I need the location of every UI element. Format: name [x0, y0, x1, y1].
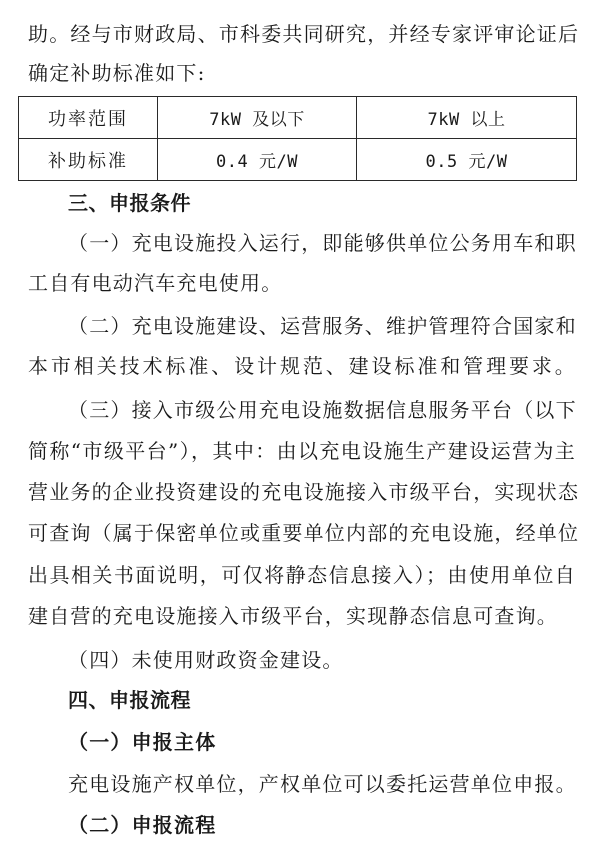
applicant-text: 充电设施产权单位，产权单位可以委托运营单位申报。: [68, 769, 576, 799]
intro-line-2: 确定补助标准如下:: [28, 58, 576, 88]
partial-line-bottom: ………………………………: [68, 848, 576, 856]
condition-3-line-6: 建自营的充电设施接入市级平台，实现静态信息可查询。: [28, 601, 576, 631]
subheading-applicant: （一）申报主体: [68, 727, 576, 757]
table-cell-subsidy-0-5: 0.5 元/W: [357, 139, 577, 181]
condition-3-line-3: 营业务的企业投资建设的充电设施接入市级平台，实现状态: [28, 477, 576, 507]
condition-2-line-2: 本市相关技术标准、设计规范、建设标准和管理要求。: [28, 351, 576, 381]
table-cell-subsidy-0-4: 0.4 元/W: [158, 139, 357, 181]
condition-2-line-1: （二）充电设施建设、运营服务、维护管理符合国家和: [68, 311, 576, 341]
partial-line-bottom-text: ………………………………: [68, 848, 576, 856]
table-cell-above-7kw: 7kW 以上: [357, 97, 577, 139]
condition-3-line-1: （三）接入市级公用充电设施数据信息服务平台（以下: [68, 395, 576, 425]
section-heading-application-conditions: 三、申报条件: [68, 188, 576, 218]
table-cell-7kw-and-below: 7kW 及以下: [158, 97, 357, 139]
condition-3-line-4: 可查询（属于保密单位或重要单位内部的充电设施，经单位: [28, 518, 576, 548]
condition-3-line-5: 出具相关书面说明，可仅将静态信息接入）；由使用单位自: [28, 560, 576, 590]
partial-line-top: ………………………………………………………………………………: [28, 0, 576, 5]
table-cell-subsidy-label: 补助标准: [19, 139, 158, 181]
table-cell-power-range-label: 功率范围: [19, 97, 158, 139]
condition-1-line-2: 工自有电动汽车充电使用。: [28, 268, 576, 298]
condition-3-line-2: 简称“市级平台”），其中：由以充电设施生产建设运营为主: [28, 436, 576, 466]
condition-4-line-1: （四）未使用财政资金建设。: [68, 645, 576, 675]
condition-1-line-1: （一）充电设施投入运行，即能够供单位公务用车和职: [68, 228, 576, 258]
subsidy-table: 功率范围 7kW 及以下 7kW 以上 补助标准 0.4 元/W 0.5 元/W: [18, 96, 577, 181]
section-heading-application-process: 四、申报流程: [68, 685, 576, 715]
table-row-power-range: 功率范围 7kW 及以下 7kW 以上: [19, 97, 577, 139]
table-row-subsidy-standard: 补助标准 0.4 元/W 0.5 元/W: [19, 139, 577, 181]
partial-line-top-text: ………………………………………………………………………………: [28, 0, 576, 5]
intro-line-1: 助。经与市财政局、市科委共同研究，并经专家评审论证后: [28, 19, 576, 49]
subheading-process: （二）申报流程: [68, 810, 576, 840]
